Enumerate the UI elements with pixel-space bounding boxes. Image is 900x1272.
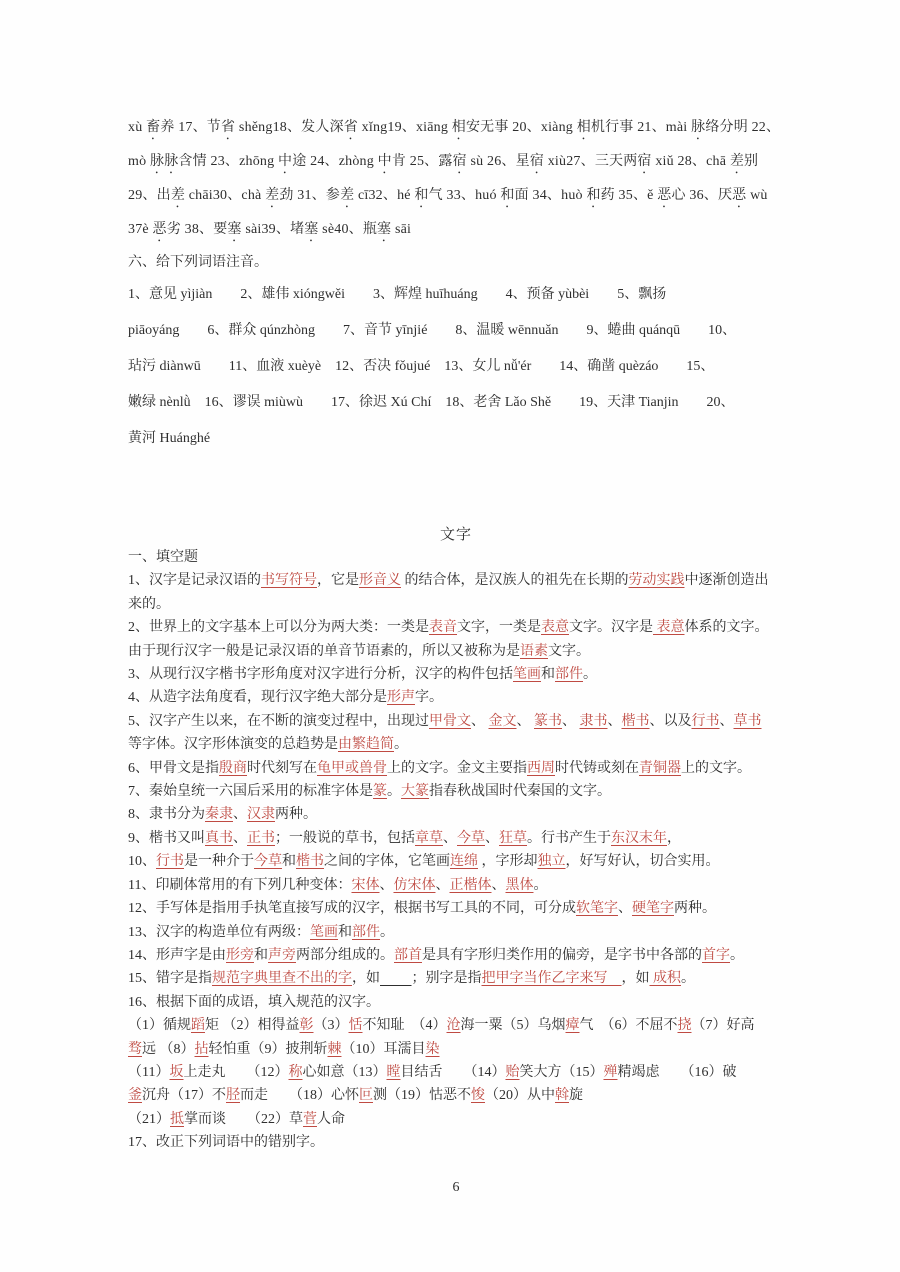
emphasized-char: 脉: [691, 120, 705, 135]
answer-text: 首字: [702, 948, 730, 963]
text-segment: 16、根据下面的成语，填入规范的汉字。: [128, 995, 380, 1010]
text-line: 等字体。汉字形体演变的总趋势是由繁趋简。: [128, 733, 784, 756]
text-segment: 、: [608, 714, 622, 729]
text-segment: 。: [533, 878, 547, 893]
emphasized-char: 相: [452, 120, 466, 135]
answer-text: 叵: [359, 1088, 373, 1103]
answer-text: 挠: [678, 1018, 692, 1033]
answer-text: 瞠: [386, 1065, 400, 1080]
text-segment: 2、世界上的文字基本上可以分为两大类：一类是: [128, 620, 429, 635]
text-line: 由于现行汉字一般是记录汉语的单音节语素的，所以又被称为是语素文字。: [128, 640, 784, 663]
text-line: 1、意见 yìjiàn 2、雄伟 xióngwěi 3、辉煌 huīhuáng …: [128, 277, 784, 313]
answer-text: 草书: [734, 714, 762, 729]
text-segment: 笑大方（15）: [519, 1065, 603, 1080]
text-segment: 。行书产生于: [527, 831, 611, 846]
fill-in-blank-section: 一、填空题1、汉字是记录汉语的书写符号，它是形音义 的结合体，是汉族人的祖先在长…: [128, 546, 784, 1155]
emphasized-char: 宿: [637, 154, 651, 169]
text-line: 釜沉舟（17）不胫而走 （18）心怀叵测（19）怙恶不悛（20）从中斡旋: [128, 1084, 784, 1107]
answer-text: 今草: [457, 831, 485, 846]
text-segment: （1）循规: [128, 1018, 191, 1033]
text-segment: （7）好高: [692, 1018, 755, 1033]
text-segment: chāi30、chà: [185, 188, 265, 203]
emphasized-char: 省: [344, 120, 358, 135]
text-segment: 37è: [128, 222, 153, 237]
text-segment: （3）: [314, 1018, 349, 1033]
answer-text: 甲骨文: [429, 714, 471, 729]
answer-text: 形音义: [359, 573, 401, 588]
answer-text: 部件: [555, 667, 583, 682]
text-segment: 含情 23、zhōng: [178, 154, 278, 169]
text-segment: sè40、瓶: [318, 222, 377, 237]
answer-text: 称: [288, 1065, 302, 1080]
answer-text: 行书: [692, 714, 720, 729]
text-segment: 的结合体，是汉族人的祖先在长期的: [401, 573, 629, 588]
emphasized-char: 差: [171, 188, 185, 203]
text-segment: 等字体。汉字形体演变的总趋势是: [128, 737, 338, 752]
answer-text: 语素: [520, 644, 548, 659]
answer-text: 秦隶: [205, 807, 233, 822]
answer-text: 笔画: [513, 667, 541, 682]
answer-text: 篆书: [534, 714, 562, 729]
text-segment: 之间的字体，它笔画: [324, 854, 450, 869]
text-segment: 和: [338, 925, 352, 940]
text-line: 17、改正下列词语中的错别字。: [128, 1131, 784, 1154]
text-segment: 是一种介于: [184, 854, 254, 869]
answer-text: 蹈: [191, 1018, 205, 1033]
answer-text: 大篆: [401, 784, 429, 799]
emphasized-char: 中: [278, 154, 292, 169]
text-segment: 和: [541, 667, 555, 682]
answer-text: 章草: [415, 831, 443, 846]
emphasized-char: 宿: [453, 154, 467, 169]
text-segment: 、: [491, 878, 505, 893]
text-segment: 是具有字形归类作用的偏旁，是字书中各部的: [422, 948, 702, 963]
text-segment: 玷污 diànwū 11、血液 xuèyè 12、否决 fǒujué 13、女儿…: [128, 359, 714, 374]
answer-text: 连绵: [450, 854, 478, 869]
text-segment: 劣 38、要: [167, 222, 228, 237]
document-page: xù 畜养 17、节省 shěng18、发人深省 xǐng19、xiāng 相安…: [0, 0, 900, 1272]
text-segment: 养 17、节: [160, 120, 221, 135]
answer-text: 骛: [128, 1042, 142, 1057]
answer-text: 把甲字当作乙字来写: [482, 971, 622, 986]
answer-text: 劳动实践: [629, 573, 685, 588]
emphasized-char: 和: [414, 188, 428, 203]
text-line: 15、错字是指规范字典里查不出的字，如 ；别字是指把甲字当作乙字来写 ，如 成积…: [128, 967, 784, 990]
text-segment: 29、出: [128, 188, 171, 203]
text-segment: wù: [746, 188, 767, 203]
text-segment: 3、从现行汉字楷书字形角度对汉字进行分析，汉字的构件包括: [128, 667, 513, 682]
answer-text: 殚: [603, 1065, 617, 1080]
text-segment: 别: [744, 154, 758, 169]
answer-text: 部首: [394, 948, 422, 963]
answer-text: 仿宋体: [393, 878, 435, 893]
answer-text: 黑体: [505, 878, 533, 893]
text-line: 1、汉字是记录汉语的书写符号，它是形音义 的结合体，是汉族人的祖先在长期的劳动实…: [128, 569, 784, 592]
answer-text: 表意: [541, 620, 569, 635]
answer-text: 抵: [170, 1112, 184, 1127]
text-line: xù 畜养 17、节省 shěng18、发人深省 xǐng19、xiāng 相安…: [128, 111, 784, 145]
text-segment: （11）: [128, 1065, 169, 1080]
answer-text: 贻: [505, 1065, 519, 1080]
text-segment: 4、从造字法角度看，现行汉字绝大部分是: [128, 690, 387, 705]
text-line: 7、秦始皇统一六国后采用的标准字体是篆。大篆指春秋战国时代秦国的文字。: [128, 780, 784, 803]
answer-text: 菅: [303, 1112, 317, 1127]
emphasized-char: 恶: [732, 188, 746, 203]
answer-text: 软笔字: [576, 901, 618, 916]
text-segment: 上的文字。金文主要指: [387, 761, 527, 776]
answer-text: 汉隶: [247, 807, 275, 822]
text-line: 骛远 （8）拈轻怕重（9）披荆斩棘（10）耳濡目染: [128, 1038, 784, 1061]
text-segment: xù: [128, 120, 146, 135]
answer-text: 真书: [205, 831, 233, 846]
text-segment: xiǔ 28、chā: [652, 154, 730, 169]
text-segment: 来的。: [128, 597, 170, 612]
text-segment: xiù27、三天两: [544, 154, 637, 169]
text-segment: 中逐渐创造出: [685, 573, 769, 588]
text-segment: 上走丸 （12）: [183, 1065, 288, 1080]
answer-text: 釜: [128, 1088, 142, 1103]
answer-text: 由繁趋简: [338, 737, 394, 752]
text-segment: 、: [485, 831, 499, 846]
text-line: 13、汉字的构造单位有两级：笔画和部件。: [128, 921, 784, 944]
answer-text: 宋体: [351, 878, 379, 893]
text-line: 玷污 diànwū 11、血液 xuèyè 12、否决 fǒujué 13、女儿…: [128, 349, 784, 385]
text-segment: 、: [233, 807, 247, 822]
answer-text: 狂草: [499, 831, 527, 846]
answer-text: 篆: [373, 784, 387, 799]
text-segment: 、: [517, 714, 535, 729]
text-segment: 而走 （18）心怀: [240, 1088, 359, 1103]
answer-text: 表意: [653, 620, 685, 635]
text-segment: 、: [471, 714, 489, 729]
text-segment: 文字，一类是: [457, 620, 541, 635]
section-six-annotation-list: 1、意见 yìjiàn 2、雄伟 xióngwěi 3、辉煌 huīhuáng …: [128, 277, 784, 457]
text-segment: sài39、堵: [242, 222, 305, 237]
text-segment: 和: [282, 854, 296, 869]
text-line: 14、形声字是由形旁和声旁两部分组成的。部首是具有字形归类作用的偏旁，是字书中各…: [128, 944, 784, 967]
text-segment: 上的文字。: [681, 761, 751, 776]
text-segment: 、以及: [650, 714, 692, 729]
text-segment: 矩 （2）相得益: [205, 1018, 300, 1033]
text-line: （1）循规蹈矩 （2）相得益彰（3）恬不知耻 （4）沧海一粟（5）乌烟瘴气 （6…: [128, 1014, 784, 1037]
text-line: 10、行书是一种介于今草和楷书之间的字体，它笔画连绵 ，字形却独立，好写好认，切…: [128, 850, 784, 873]
text-segment: 11、印刷体常用的有下列几种变体：: [128, 878, 351, 893]
answer-text: 青铜器: [639, 761, 681, 776]
text-segment: （21）: [128, 1112, 170, 1127]
answer-text: 金文: [489, 714, 517, 729]
text-segment: 6、甲骨文是指: [128, 761, 219, 776]
text-segment: xǐng19、xiāng: [358, 120, 452, 135]
emphasized-char: 塞: [377, 222, 391, 237]
answer-text: 殷商: [219, 761, 247, 776]
text-segment: shěng18、发人深: [235, 120, 344, 135]
emphasized-char: 和: [500, 188, 514, 203]
text-segment: 精竭虑 （16）破: [617, 1065, 736, 1080]
text-segment: 安无事 20、xiàng: [466, 120, 577, 135]
answer-text: 书写符号: [261, 573, 317, 588]
text-line: 6、甲骨文是指殷商时代刻写在龟甲或兽骨上的文字。金文主要指西周时代铸或刻在青铜器…: [128, 757, 784, 780]
text-segment: 药 35、ě: [601, 188, 658, 203]
text-segment: 文字。: [548, 644, 590, 659]
text-line: 来的。: [128, 593, 784, 616]
text-segment: 两种。: [674, 901, 716, 916]
text-segment: 指春秋战国时代秦国的文字。: [429, 784, 611, 799]
text-segment: 、: [443, 831, 457, 846]
text-segment: 气 33、huó: [429, 188, 501, 203]
text-line: 8、隶书分为秦隶、汉隶两种。: [128, 803, 784, 826]
text-segment: 气 （6）不屈不: [580, 1018, 678, 1033]
text-segment: 和: [254, 948, 268, 963]
text-line: 16、根据下面的成语，填入规范的汉字。: [128, 991, 784, 1014]
text-line: 一、填空题: [128, 546, 784, 569]
text-segment: piāoyáng 6、群众 qúnzhòng 7、音节 yīnjié 8、温暖 …: [128, 323, 736, 338]
emphasized-char: 差: [265, 188, 279, 203]
section-six-heading: 六、给下列词语注音。: [128, 252, 784, 274]
answer-text: 染: [426, 1042, 440, 1057]
text-line: （21）抵掌而谈 （22）草菅人命: [128, 1108, 784, 1131]
emphasized-char: 恶: [153, 222, 167, 237]
text-segment: 。: [380, 925, 394, 940]
text-segment: （20）从中: [485, 1088, 555, 1103]
text-segment: mò: [128, 154, 150, 169]
blank-line: [380, 971, 412, 986]
text-segment: 轻怕重（9）披荆斩: [209, 1042, 328, 1057]
text-segment: 5、汉字产生以来，在不断的演变过程中，出现过: [128, 714, 429, 729]
answer-text: 楷书: [622, 714, 650, 729]
answer-text: 坂: [169, 1065, 183, 1080]
text-segment: ；别字是指: [412, 971, 482, 986]
answer-text: 表音: [429, 620, 457, 635]
text-segment: 。: [681, 971, 695, 986]
text-line: 4、从造字法角度看，现行汉字绝大部分是形声字。: [128, 686, 784, 709]
text-segment: 面 34、huò: [515, 188, 587, 203]
answer-text: 西周: [527, 761, 555, 776]
text-segment: 一、填空题: [128, 550, 198, 565]
text-segment: 人命: [317, 1112, 345, 1127]
emphasized-char: 差: [730, 154, 744, 169]
text-segment: 掌而谈 （22）草: [184, 1112, 303, 1127]
text-segment: 、: [562, 714, 580, 729]
emphasized-char: 畜: [146, 120, 160, 135]
text-segment: 字。: [415, 690, 443, 705]
text-segment: 时代刻写在: [247, 761, 317, 776]
text-segment: 、: [435, 878, 449, 893]
text-segment: ，好写好认，切合实用。: [566, 854, 720, 869]
text-segment: sù 26、星: [467, 154, 530, 169]
text-segment: 9、楷书又叫: [128, 831, 205, 846]
text-segment: 目结舌 （14）: [400, 1065, 505, 1080]
answer-text: 棘: [328, 1042, 342, 1057]
answer-text: 行书: [156, 854, 184, 869]
answer-text: 东汉末年: [611, 831, 667, 846]
text-segment: 文字。汉字是: [569, 620, 653, 635]
emphasized-char: 中: [378, 154, 392, 169]
text-segment: 旋: [569, 1088, 583, 1103]
text-segment: 机行事 21、mài: [591, 120, 691, 135]
answer-text: 规范字典里查不出的字: [212, 971, 352, 986]
answer-text: 胫: [226, 1088, 240, 1103]
text-segment: 远 （8）: [142, 1042, 195, 1057]
text-segment: 。: [730, 948, 744, 963]
text-segment: 。: [583, 667, 597, 682]
answer-text: 隶书: [580, 714, 608, 729]
emphasized-char: 恶: [657, 188, 671, 203]
answer-text: 成积: [650, 971, 682, 986]
answer-text: 硬笔字: [632, 901, 674, 916]
text-segment: ，如: [622, 971, 650, 986]
text-segment: 黄河 Huánghé: [128, 431, 210, 446]
emphasized-char: 和: [586, 188, 600, 203]
answer-text: 瘴: [566, 1018, 580, 1033]
answer-text: 正书: [247, 831, 275, 846]
text-segment: 心如意（13）: [302, 1065, 386, 1080]
text-segment: 途 24、zhòng: [292, 154, 377, 169]
answer-text: 部件: [352, 925, 380, 940]
page-number: 6: [128, 1178, 784, 1198]
text-line: 11、印刷体常用的有下列几种变体：宋体、仿宋体、正楷体、黑体。: [128, 874, 784, 897]
emphasized-char: 塞: [304, 222, 318, 237]
text-segment: sāi: [391, 222, 411, 237]
text-segment: 劲 31、参: [279, 188, 340, 203]
text-segment: 7、秦始皇统一六国后采用的标准字体是: [128, 784, 373, 799]
text-line: 嫩绿 nènlǜ 16、谬误 miùwù 17、徐迟 Xú Chí 18、老舍 …: [128, 385, 784, 421]
text-segment: （10）耳濡目: [342, 1042, 426, 1057]
emphasized-char: 省: [221, 120, 235, 135]
text-segment: 17、改正下列词语中的错别字。: [128, 1135, 324, 1150]
emphasized-char: 宿: [530, 154, 544, 169]
text-segment: 1、意见 yìjiàn 2、雄伟 xióngwěi 3、辉煌 huīhuáng …: [128, 287, 666, 302]
text-segment: 15、错字是指: [128, 971, 212, 986]
text-segment: 、: [233, 831, 247, 846]
answer-text: 形旁: [226, 948, 254, 963]
text-segment: 1、汉字是记录汉语的: [128, 573, 261, 588]
emphasized-char: 塞: [227, 222, 241, 237]
text-segment: 8、隶书分为: [128, 807, 205, 822]
answer-text: 独立: [538, 854, 566, 869]
text-segment: 测（19）怙恶不: [373, 1088, 471, 1103]
answer-text: 声旁: [268, 948, 296, 963]
text-line: 5、汉字产生以来，在不断的演变过程中，出现过甲骨文、 金文、 篆书、 隶书、楷书…: [128, 710, 784, 733]
emphasized-char: 相: [577, 120, 591, 135]
text-segment: 、: [720, 714, 734, 729]
text-segment: 两种。: [275, 807, 317, 822]
text-line: （11）坂上走丸 （12）称心如意（13）瞠目结舌 （14）贻笑大方（15）殚精…: [128, 1061, 784, 1084]
answer-text: 楷书: [296, 854, 324, 869]
text-segment: 时代铸或刻在: [555, 761, 639, 776]
answer-text: 彰: [300, 1018, 314, 1033]
text-segment: 心 36、厌: [671, 188, 732, 203]
text-segment: cī32、hé: [354, 188, 414, 203]
text-line: 12、手写体是指用手执笔直接写成的汉字，根据书写工具的不同，可分成软笔字、硬笔字…: [128, 897, 784, 920]
text-segment: 络分明 22、: [705, 120, 780, 135]
text-segment: ，字形却: [478, 854, 538, 869]
answer-text: 拈: [195, 1042, 209, 1057]
text-line: 9、楷书又叫真书、正书；一般说的草书，包括章草、今草、狂草。行书产生于东汉末年，: [128, 827, 784, 850]
text-segment: 海一粟（5）乌烟: [461, 1018, 566, 1033]
text-line: 黄河 Huánghé: [128, 421, 784, 457]
text-segment: 不知耻 （4）: [363, 1018, 447, 1033]
answer-text: 悛: [471, 1088, 485, 1103]
text-segment: 13、汉字的构造单位有两级：: [128, 925, 310, 940]
text-segment: 由于现行汉字一般是记录汉语的单音节语素的，所以又被称为是: [128, 644, 520, 659]
text-line: mò 脉脉含情 23、zhōng 中途 24、zhòng 中肯 25、露宿 sù…: [128, 145, 784, 179]
text-segment: 嫩绿 nènlǜ 16、谬误 miùwù 17、徐迟 Xú Chí 18、老舍 …: [128, 395, 735, 410]
answer-text: 恬: [349, 1018, 363, 1033]
answer-text: 笔画: [310, 925, 338, 940]
text-segment: ，它是: [317, 573, 359, 588]
text-segment: 12、手写体是指用手执笔直接写成的汉字，根据书写工具的不同，可分成: [128, 901, 576, 916]
text-line: piāoyáng 6、群众 qúnzhòng 7、音节 yīnjié 8、温暖 …: [128, 313, 784, 349]
answer-text: 龟甲或兽骨: [317, 761, 387, 776]
text-segment: 体系的文字。: [685, 620, 769, 635]
text-segment: ，: [667, 831, 681, 846]
text-line: 29、出差 chāi30、chà 差劲 31、参差 cī32、hé 和气 33、…: [128, 179, 784, 213]
text-segment: 沉舟（17）不: [142, 1088, 226, 1103]
text-segment: 10、: [128, 854, 156, 869]
answer-text: 斡: [555, 1088, 569, 1103]
emphasized-char: 脉脉: [150, 154, 178, 169]
text-segment: 、: [618, 901, 632, 916]
answer-text: 形声: [387, 690, 415, 705]
answer-text: 沧: [447, 1018, 461, 1033]
text-segment: ，如: [352, 971, 380, 986]
polyphonic-pinyin-list-continued: xù 畜养 17、节省 shěng18、发人深省 xǐng19、xiāng 相安…: [128, 111, 784, 247]
chapter-title: 文字: [128, 524, 784, 546]
text-segment: 。: [387, 784, 401, 799]
text-line: 3、从现行汉字楷书字形角度对汉字进行分析，汉字的构件包括笔画和部件。: [128, 663, 784, 686]
text-segment: ；一般说的草书，包括: [275, 831, 415, 846]
text-line: 2、世界上的文字基本上可以分为两大类：一类是表音文字，一类是表意文字。汉字是 表…: [128, 616, 784, 639]
text-line: 37è 恶劣 38、要塞 sài39、堵塞 sè40、瓶塞 sāi: [128, 213, 784, 247]
answer-text: 今草: [254, 854, 282, 869]
answer-text: 正楷体: [449, 878, 491, 893]
text-segment: 、: [379, 878, 393, 893]
text-segment: 。: [394, 737, 408, 752]
emphasized-char: 差: [340, 188, 354, 203]
text-segment: 14、形声字是由: [128, 948, 226, 963]
text-segment: 肯 25、露: [392, 154, 453, 169]
text-segment: 两部分组成的。: [296, 948, 394, 963]
